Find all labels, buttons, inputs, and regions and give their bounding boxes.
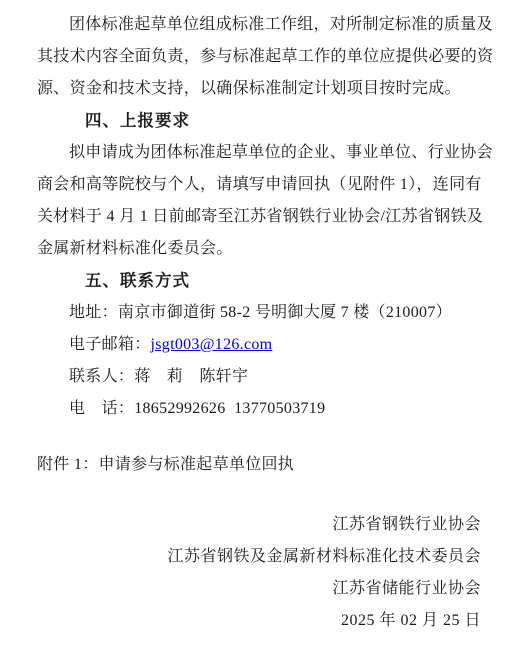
para2-line-2: 商会和高等院校与个人，请填写申请回执（见附件 1），连同有 [37, 169, 481, 201]
signature-date: 2025 年 02 月 25 日 [37, 605, 481, 637]
section5-heading: 五、联系方式 [37, 265, 481, 297]
para2-line-1: 拟申请成为团体标准起草单位的企业、事业单位、行业协会 [37, 137, 481, 169]
email-label: 电子邮箱： [69, 336, 151, 353]
email-link[interactable]: jsgt003@126.com [151, 336, 273, 353]
email-line: 电子邮箱：jsgt003@126.com [37, 329, 481, 361]
contacts-line: 联系人：蒋 莉 陈轩宇 [37, 361, 481, 393]
blank-gap-2 [37, 481, 481, 509]
address-line: 地址：南京市御道街 58-2 号明御大厦 7 楼（210007） [37, 297, 481, 329]
signature-org-1: 江苏省钢铁行业协会 [37, 509, 481, 541]
para2-line-3: 关材料于 4 月 1 日前邮寄至江苏省钢铁行业协会/江苏省钢铁及 [37, 201, 481, 233]
attachment-note: 附件 1：申请参与标准起草单位回执 [37, 449, 481, 481]
signature-org-2: 江苏省钢铁及金属新材料标准化技术委员会 [37, 541, 481, 573]
blank-gap-1 [37, 425, 481, 449]
section4-heading: 四、上报要求 [37, 105, 481, 137]
signature-org-3: 江苏省储能行业协会 [37, 573, 481, 605]
para1-line-2: 其技术内容全面负责，参与标准起草工作的单位应提供必要的资 [37, 41, 481, 73]
para1-line-1: 团体标准起草单位组成标准工作组，对所制定标准的质量及 [37, 9, 481, 41]
para1-line-3: 源、资金和技术支持，以确保标准制定计划项目按时完成。 [37, 73, 481, 105]
document-page: 团体标准起草单位组成标准工作组，对所制定标准的质量及 其技术内容全面负责，参与标… [0, 0, 518, 645]
phone-line: 电 话：18652992626 13770503719 [37, 393, 481, 425]
para2-line-4: 金属新材料标准化委员会。 [37, 233, 481, 265]
